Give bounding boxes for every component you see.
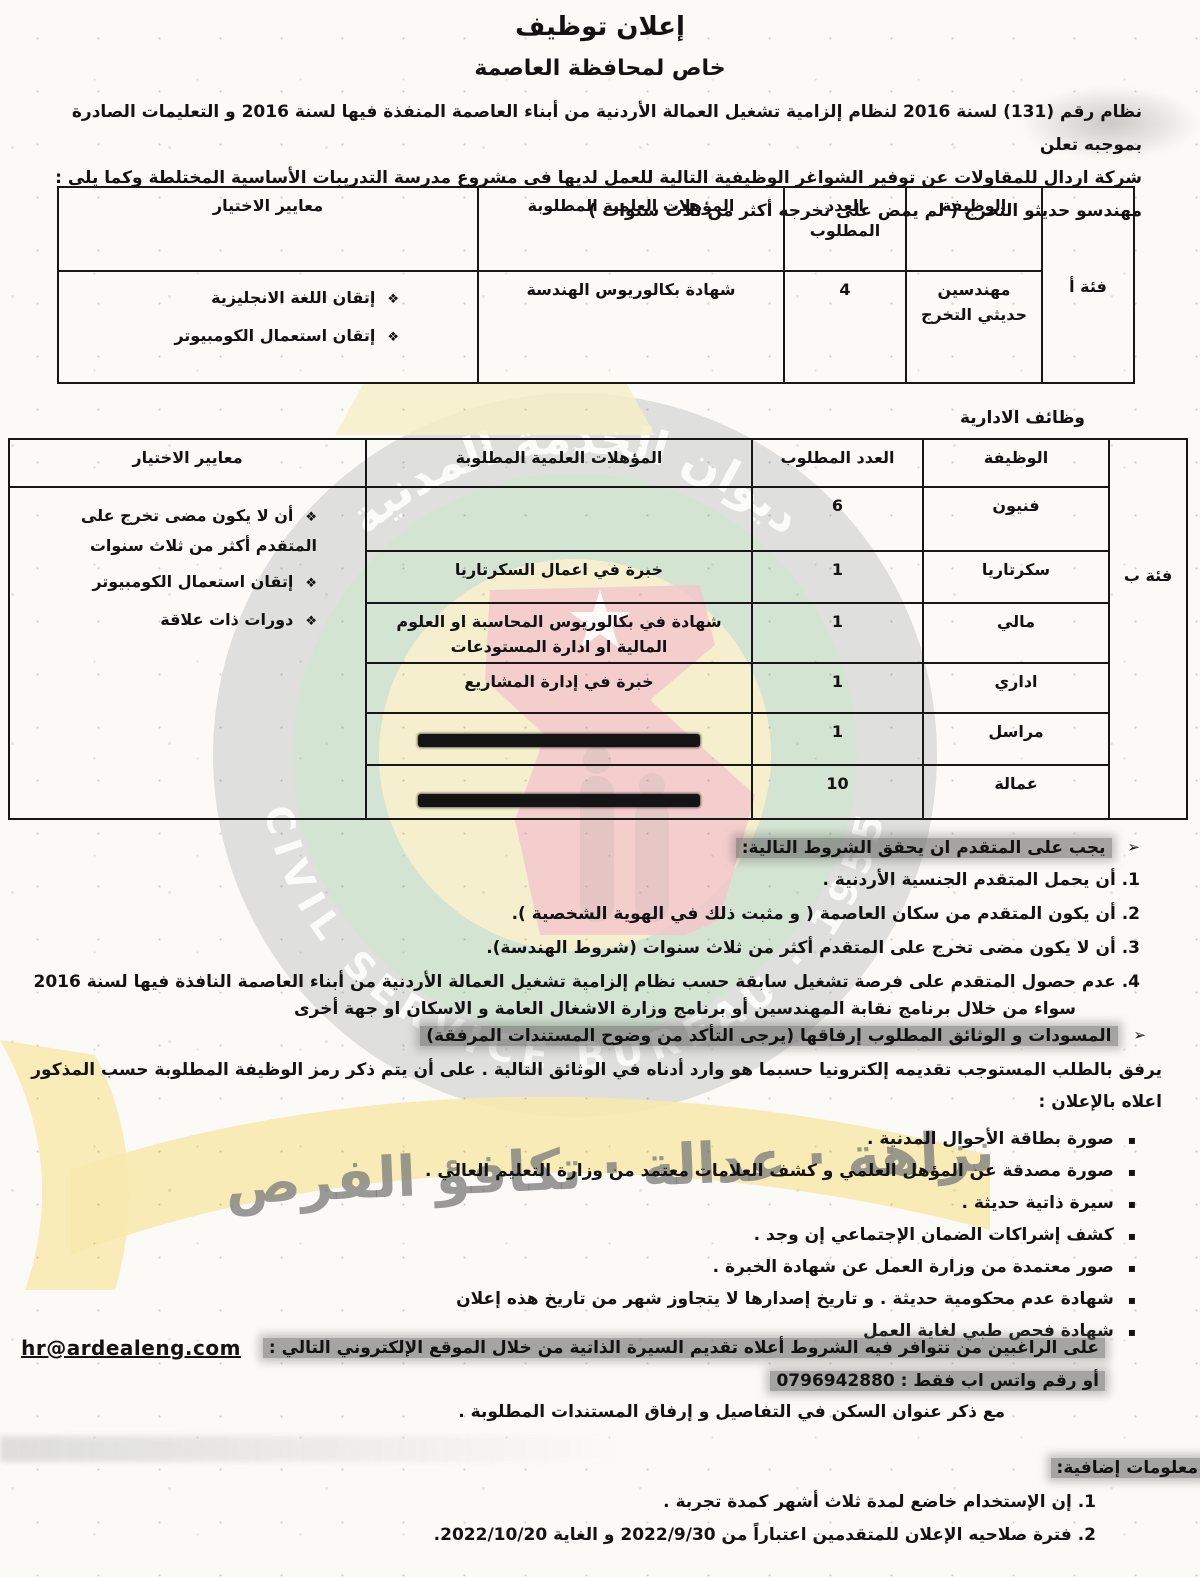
redaction-bar [418,794,701,807]
conditions-heading-row: ➢ يجب على المتقدم ان يحقق الشروط التالية… [0,838,1140,858]
page-title: إعلان توظيف [0,12,1200,42]
additional-info-list: 1. إن الإستخدام خاضع لمدة ثلاث أشهر كمدة… [0,1490,1200,1547]
whatsapp-line: أو رقم واتس اب فقط : 0796942880 [0,1368,1105,1394]
qualification-cell [366,487,752,551]
condition-item: 1. أن يحمل المتقدم الجنسية الأردنية . [0,868,1140,892]
job-cell: فنيون [923,487,1109,551]
jobs-table-category-a: فئة أ الوظيفة العدد المطلوب المؤهلات الع… [57,186,1135,384]
qualification-cell: خبرة في اعمال السكرتاريا [366,551,752,603]
job-cell: مالي [923,603,1109,663]
square-bullet-icon: ▪ [1128,1197,1136,1211]
apply-cta: على الراغبين من تتوافر فيه الشروط أعلاه … [263,1338,1105,1358]
admin-jobs-label: وظائف الادارية [960,408,1085,428]
count-cell: 6 [752,487,923,551]
whatsapp-number: أو رقم واتس اب فقط : 0796942880 [770,1371,1105,1391]
application-section: على الراغبين من تتوافر فيه الشروط أعلاه … [0,1334,1105,1424]
count-cell: 1 [752,603,923,663]
criteria-item: ❖دورات ذات علاقة [16,606,317,636]
redaction-bar [418,734,701,747]
jobs-table-category-b: فئة ب الوظيفة العدد المطلوب المؤهلات الع… [8,438,1188,820]
qualification-cell: خبرة في إدارة المشاريع [366,663,752,713]
square-bullet-icon: ▪ [1128,1133,1136,1147]
page-subtitle: خاص لمحافظة العاصمة [0,56,1200,81]
arrow-bullet-icon: ➢ [1133,1026,1146,1044]
additional-info-section: معلومات إضافية: 1. إن الإستخدام خاضع لمد… [0,1458,1200,1547]
conditions-section: ➢ يجب على المتقدم ان يحقق الشروط التالية… [0,838,1140,1022]
qualification-cell: شهادة بكالوريوس الهندسة [478,271,784,383]
document-item: ▪صورة مصدقة عن المؤهل العلمي و كشف العلا… [0,1156,1162,1188]
qualification-cell: شهادة في بكالوريوس المحاسبة او العلوم ال… [366,603,752,663]
documents-list: ▪صورة بطاقة الأحوال المدنية . ▪صورة مصدق… [0,1124,1162,1348]
conditions-heading: يجب على المتقدم ان يحقق الشروط التالية: [736,838,1112,858]
diamond-bullet-icon: ❖ [387,292,399,307]
header-criteria: معايير الاختيار [58,187,478,271]
criteria-item: ❖أن لا يكون مضى تخرج على المتقدم أكثر من… [16,502,317,560]
count-cell: 1 [752,551,923,603]
job-cell: عمالة [923,765,1109,819]
additional-info-item: 2. فترة صلاحيه الإعلان للمتقدمين اعتبارا… [0,1523,1096,1547]
header-job: الوظيفة [923,439,1109,487]
category-b-label: فئة ب [1109,439,1187,819]
diamond-bullet-icon: ❖ [305,576,317,591]
count-cell: 4 [784,271,906,383]
count-cell: 1 [752,713,923,765]
header-criteria: معايير الاختيار [9,439,366,487]
square-bullet-icon: ▪ [1128,1165,1136,1179]
document-item: ▪سيرة ذاتية حديثة . [0,1188,1162,1220]
count-cell: 10 [752,765,923,819]
job-cell: مراسل [923,713,1109,765]
condition-item: 3. أن لا يكون مضى تخرج على المتقدم أكثر … [0,936,1140,960]
additional-info-heading: معلومات إضافية: [1051,1458,1200,1478]
count-cell: 1 [752,663,923,713]
additional-info-item: 1. إن الإستخدام خاضع لمدة ثلاث أشهر كمدة… [0,1490,1096,1514]
square-bullet-icon: ▪ [1128,1261,1136,1275]
intro-line: نظام رقم (131) لسنة 2016 لنظام إلزامية ت… [50,96,1142,162]
document-item: ▪شهادة عدم محكومية حديثة . و تاريخ إصدار… [0,1284,1162,1316]
square-bullet-icon: ▪ [1128,1229,1136,1243]
documents-intro: يرفق بالطلب المستوجب تقديمه إلكترونيا حس… [0,1054,1162,1118]
header-count: العدد المطلوب [752,439,923,487]
condition-item: 4. عدم حصول المتقدم على فرصة تشغيل سابقة… [0,970,1140,994]
criteria-cell: ❖أن لا يكون مضى تخرج على المتقدم أكثر من… [9,487,366,819]
square-bullet-icon: ▪ [1128,1325,1136,1339]
document-content: إعلان توظيف خاص لمحافظة العاصمة نظام رقم… [0,0,1200,1577]
arrow-bullet-icon: ➢ [1127,838,1140,856]
header-job: الوظيفة [906,187,1042,271]
criteria-item: ❖إتقان اللغة الانجليزية [65,284,399,314]
document-item: ▪صورة بطاقة الأحوال المدنية . [0,1124,1162,1156]
documents-heading-row: ➢ المسودات و الوثائق المطلوب إرفاقها (ير… [0,1026,1146,1046]
header-qualifications: المؤهلات العلمية المطلوبة [478,187,784,271]
documents-heading: المسودات و الوثائق المطلوب إرفاقها (يرجى… [420,1026,1117,1046]
job-cell: اداري [923,663,1109,713]
criteria-item: ❖إتقان استعمال الكومبيوتر [65,322,399,352]
documents-section: ➢ المسودات و الوثائق المطلوب إرفاقها (ير… [0,1026,1162,1348]
qualification-cell-redacted [366,765,752,819]
apply-line: على الراغبين من تتوافر فيه الشروط أعلاه … [0,1334,1105,1358]
application-email: hr@ardealeng.com [21,1336,241,1360]
document-item: ▪كشف إشراكات الضمان الإجتماعي إن وجد . [0,1220,1162,1252]
address-note: مع ذكر عنوان السكن في التفاصيل و إرفاق ا… [0,1400,1005,1424]
diamond-bullet-icon: ❖ [305,614,317,629]
header-count: العدد المطلوب [784,187,906,271]
job-cell: سكرتاريا [923,551,1109,603]
condition-item-continuation: سواء من خلال برنامج نقابة المهندسين أو ب… [0,996,1140,1022]
job-advert-scanned-page: ديوان الخدمة المدنية CIVIL SERVICE BUREA… [0,0,1200,1577]
square-bullet-icon: ▪ [1128,1293,1136,1307]
category-a-label: فئة أ [1042,187,1134,383]
document-item: ▪صور معتمدة من وزارة العمل عن شهادة الخب… [0,1252,1162,1284]
criteria-cell: ❖إتقان اللغة الانجليزية ❖إتقان استعمال ا… [58,271,478,383]
header-qualifications: المؤهلات العلمية المطلوبة [366,439,752,487]
diamond-bullet-icon: ❖ [387,330,399,345]
diamond-bullet-icon: ❖ [305,510,317,525]
job-cell: مهندسين حديثي التخرج [906,271,1042,383]
condition-item: 2. أن يكون المتقدم من سكان العاصمة ( و م… [0,902,1140,926]
criteria-item: ❖إتقان استعمال الكومبيوتر [16,568,317,598]
qualification-cell-redacted [366,713,752,765]
